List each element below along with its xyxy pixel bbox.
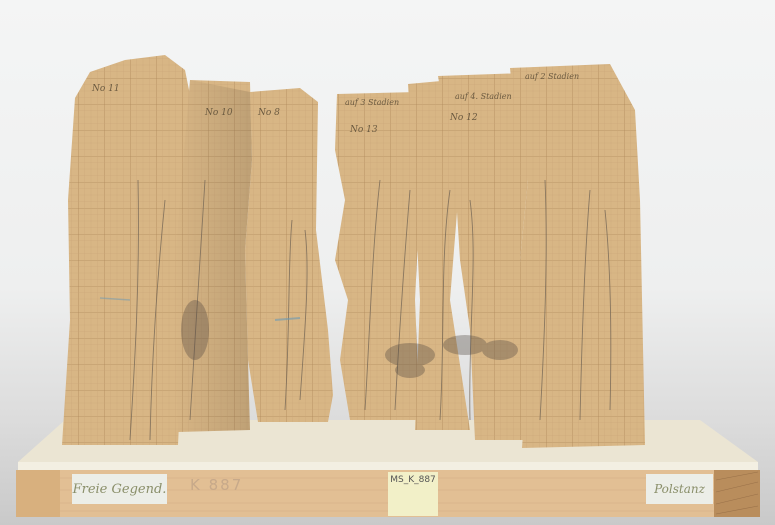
flat-number: No 13 [350,125,378,135]
pencil-inventory-mark: K 887 [190,476,243,494]
sticky-note-label: MS_K_887 [388,472,438,516]
flat-number: No 8 [258,108,280,118]
flat-annotation: auf 3 Stadien [345,98,399,107]
flat-annotation: auf 4. Stadien [455,92,512,101]
flat-annotation: auf 2 Stadien [525,72,579,81]
flat-number: No 12 [450,113,478,123]
stage-model-drawing [0,0,775,525]
flat-number: No 11 [92,84,120,94]
flat-right-4 [510,64,645,448]
flat-left-3 [245,88,333,422]
base-label-right: Polstanz [646,474,713,504]
stage-model-photo: No 11 No 10 No 8 auf 3 Stadien No 13 auf… [0,0,775,525]
flat-number: No 10 [205,108,233,118]
base-label-left: Freie Gegend. [72,474,167,504]
flat-left-1 [62,55,196,445]
